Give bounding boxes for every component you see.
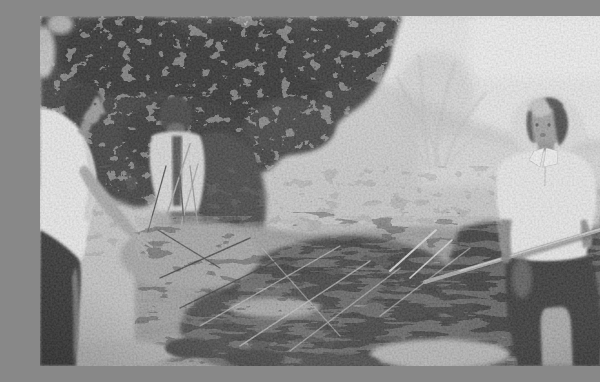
bw-photograph [40,16,600,366]
photo-canvas [40,16,600,366]
vignette [40,16,600,366]
